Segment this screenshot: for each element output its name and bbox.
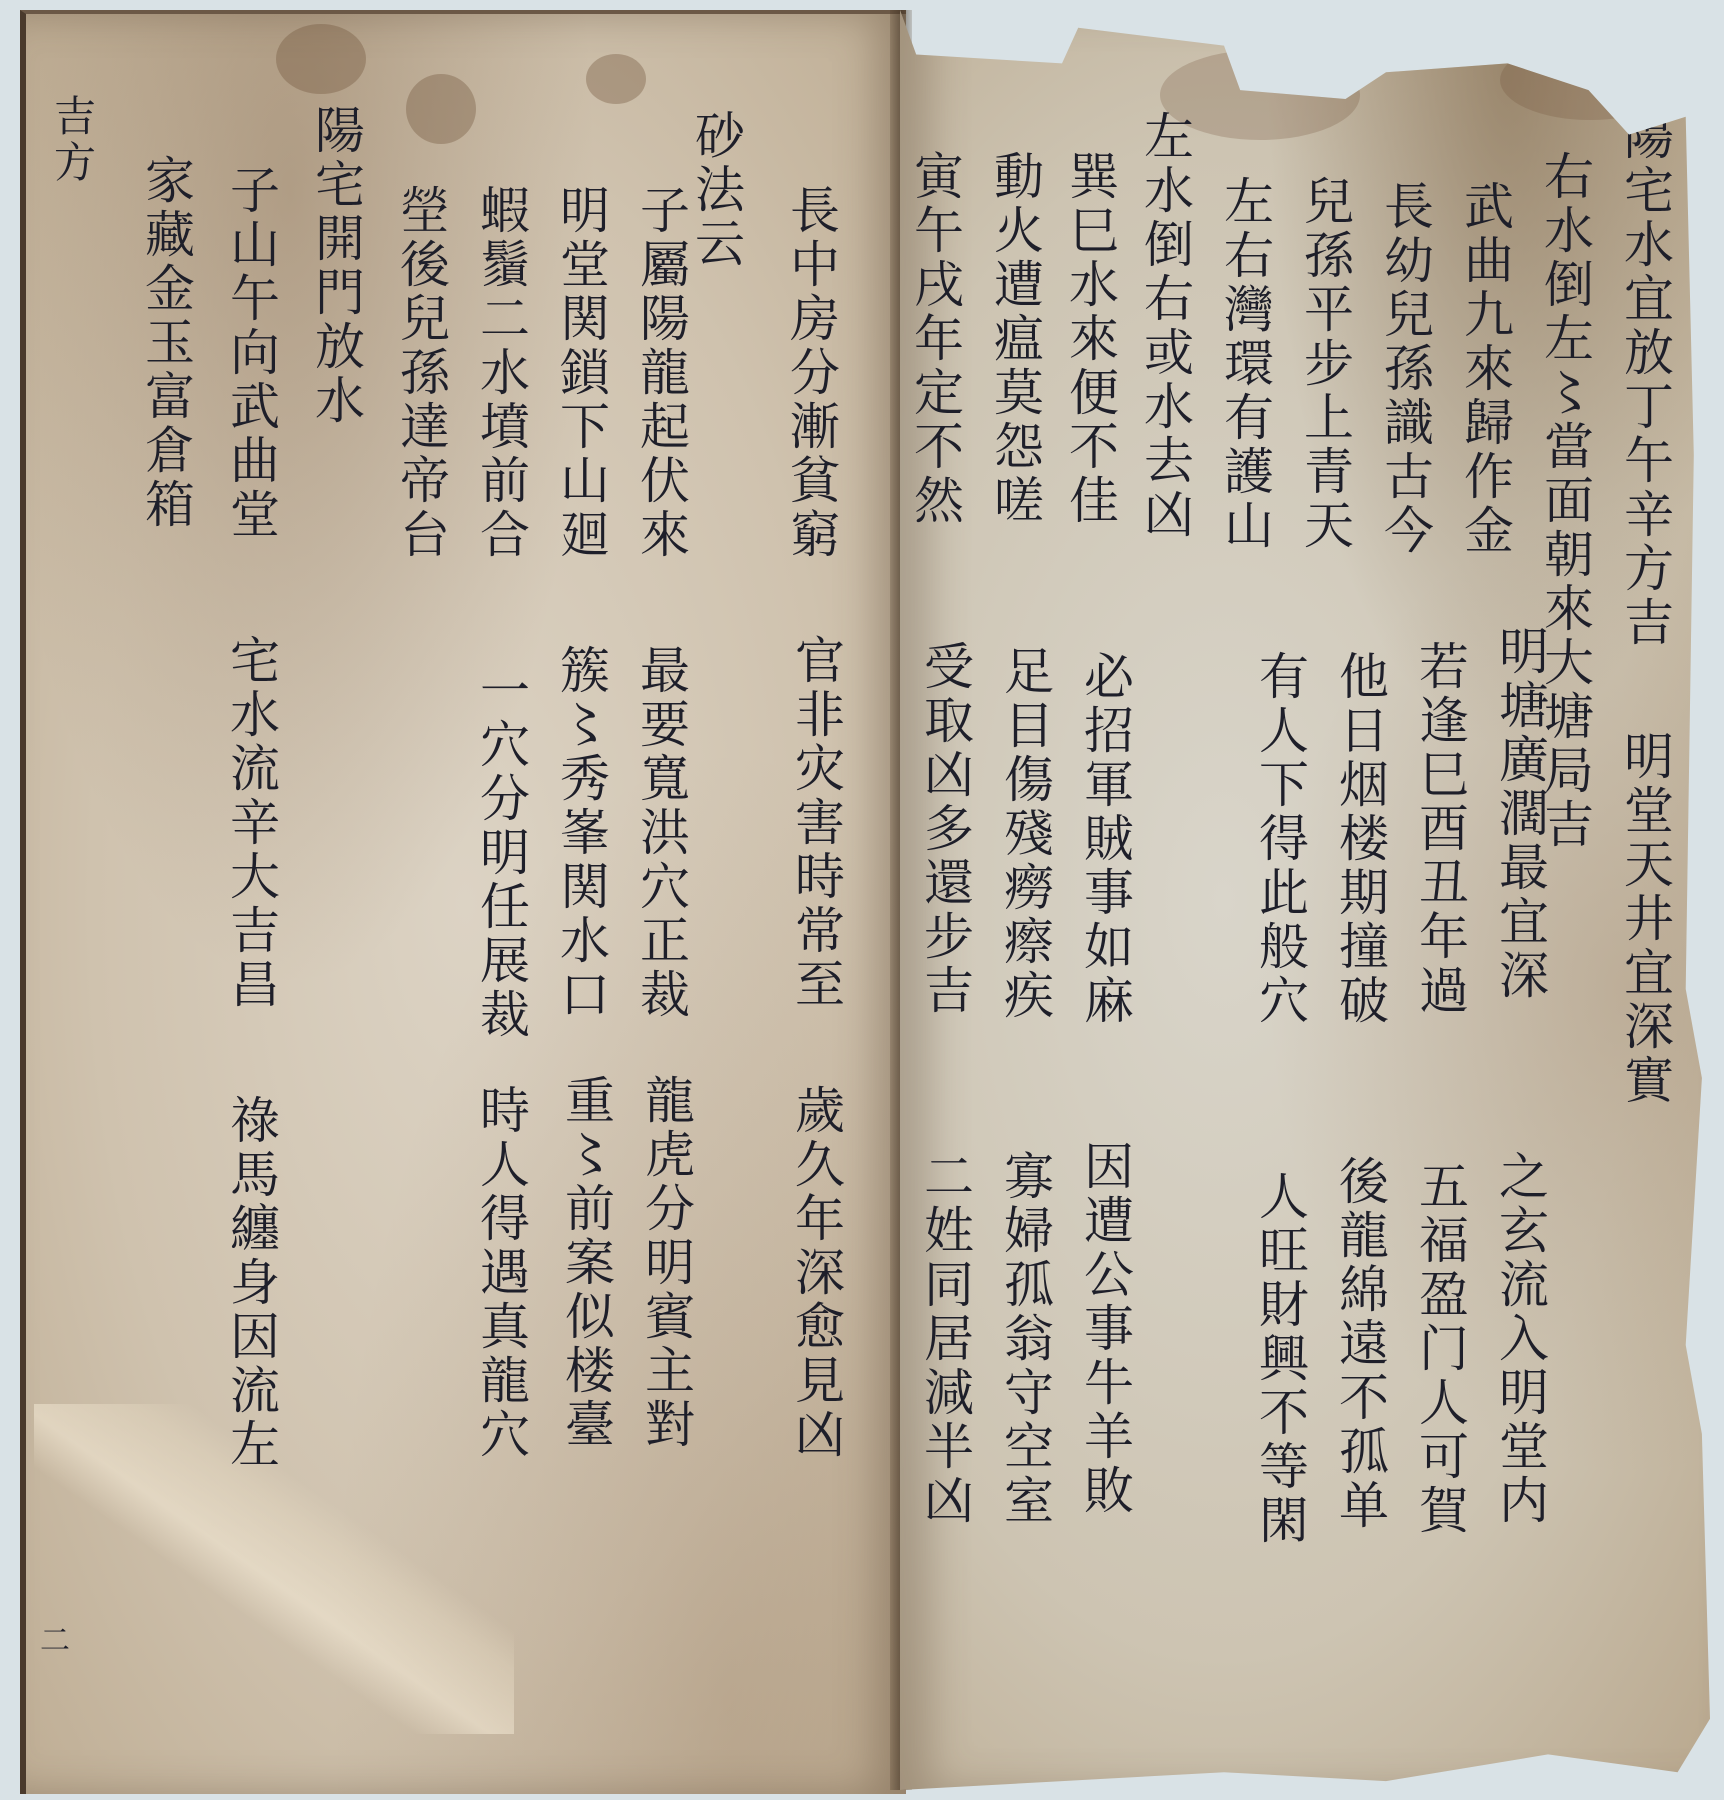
right-page: 陽宅水宜放丁午辛方吉 右水倒左〻當面朝來大塘局吉 武曲九來歸作金 長幼兒孫識古今…	[900, 10, 1710, 1790]
text-column: 時人得遇真龍穴	[476, 1084, 526, 1462]
text-column: 子屬陽龍起伏來	[636, 184, 686, 562]
water-stain	[406, 74, 476, 144]
text-column: 簇〻秀峯関水口	[556, 644, 606, 1022]
text-column: 家藏金玉富倉箱	[141, 154, 191, 532]
text-column: 足目傷殘癆瘵疾	[1000, 645, 1050, 1023]
text-column: 明堂天井宜深實	[1620, 730, 1670, 1108]
open-book: 長中房分漸貧窮 砂法云 子屬陽龍起伏來 明堂関鎖下山廻 蝦鬚二水墳前合 塋後兒孫…	[20, 10, 1710, 1790]
section-heading: 陽宅開門放水	[311, 104, 361, 428]
text-column: 後龍綿遠不孤单	[1335, 1155, 1385, 1533]
text-column: 寅午戌年定不然	[910, 150, 960, 528]
text-column: 若逢巳酉丑年過	[1415, 640, 1465, 1018]
text-column: 長中房分漸貧窮	[786, 184, 836, 562]
text-column: 五福盈门人可賀	[1415, 1160, 1465, 1538]
text-column: 蝦鬚二水墳前合	[476, 184, 526, 562]
water-stain	[586, 54, 646, 104]
section-heading: 砂法云	[691, 109, 741, 271]
text-column: 一穴分明任展裁	[476, 664, 526, 1042]
text-column: 兒孫平步上青天	[1300, 175, 1350, 553]
text-column: 巽巳水來便不佳	[1065, 150, 1115, 528]
text-column: 寡婦孤翁守空室	[1000, 1150, 1050, 1528]
text-column: 龍虎分明賓主對	[641, 1074, 691, 1452]
water-stain	[1500, 40, 1680, 120]
left-page: 長中房分漸貧窮 砂法云 子屬陽龍起伏來 明堂関鎖下山廻 蝦鬚二水墳前合 塋後兒孫…	[20, 10, 906, 1794]
text-column: 歲久年深愈見凶	[791, 1084, 841, 1462]
text-column: 祿馬纏身因流左	[226, 1094, 276, 1472]
text-column: 官非灾害時常至	[791, 634, 841, 1012]
text-column: 長幼兒孫識古今	[1380, 180, 1430, 558]
text-column: 二姓同居減半凶	[920, 1150, 970, 1528]
text-column: 他日烟楼期撞破	[1335, 650, 1385, 1028]
text-column: 明堂関鎖下山廻	[556, 184, 606, 562]
text-column: 之玄流入明堂内	[1495, 1150, 1545, 1528]
text-column: 人旺財興不等閑	[1255, 1170, 1305, 1548]
margin-heading: 吉方	[51, 94, 93, 186]
text-column: 子山午向武曲堂	[226, 164, 276, 542]
text-column: 受取凶多還步吉	[920, 640, 970, 1018]
section-heading: 陽宅水宜放丁午辛方吉	[1620, 110, 1670, 650]
text-column: 最要寬洪穴正裁	[636, 644, 686, 1022]
page-number: 二	[36, 1624, 66, 1658]
text-column: 武曲九來歸作金	[1460, 180, 1510, 558]
text-column: 重〻前案似楼臺	[561, 1074, 611, 1452]
text-column: 左右灣環有護山	[1220, 175, 1270, 553]
text-column: 塋後兒孫達帝台	[396, 184, 446, 562]
text-column: 有人下得此般穴	[1255, 650, 1305, 1028]
text-column: 必招軍賊事如麻	[1080, 650, 1130, 1028]
text-column: 宅水流辛大吉昌	[226, 634, 276, 1012]
text-column: 左水倒右或水去凶	[1140, 110, 1190, 542]
water-stain	[276, 24, 366, 94]
text-column: 動火遭瘟莫怨嗟	[990, 150, 1040, 528]
text-column: 明塘廣濶最宜深	[1495, 625, 1545, 1003]
text-column: 因遭公事牛羊敗	[1080, 1140, 1130, 1518]
